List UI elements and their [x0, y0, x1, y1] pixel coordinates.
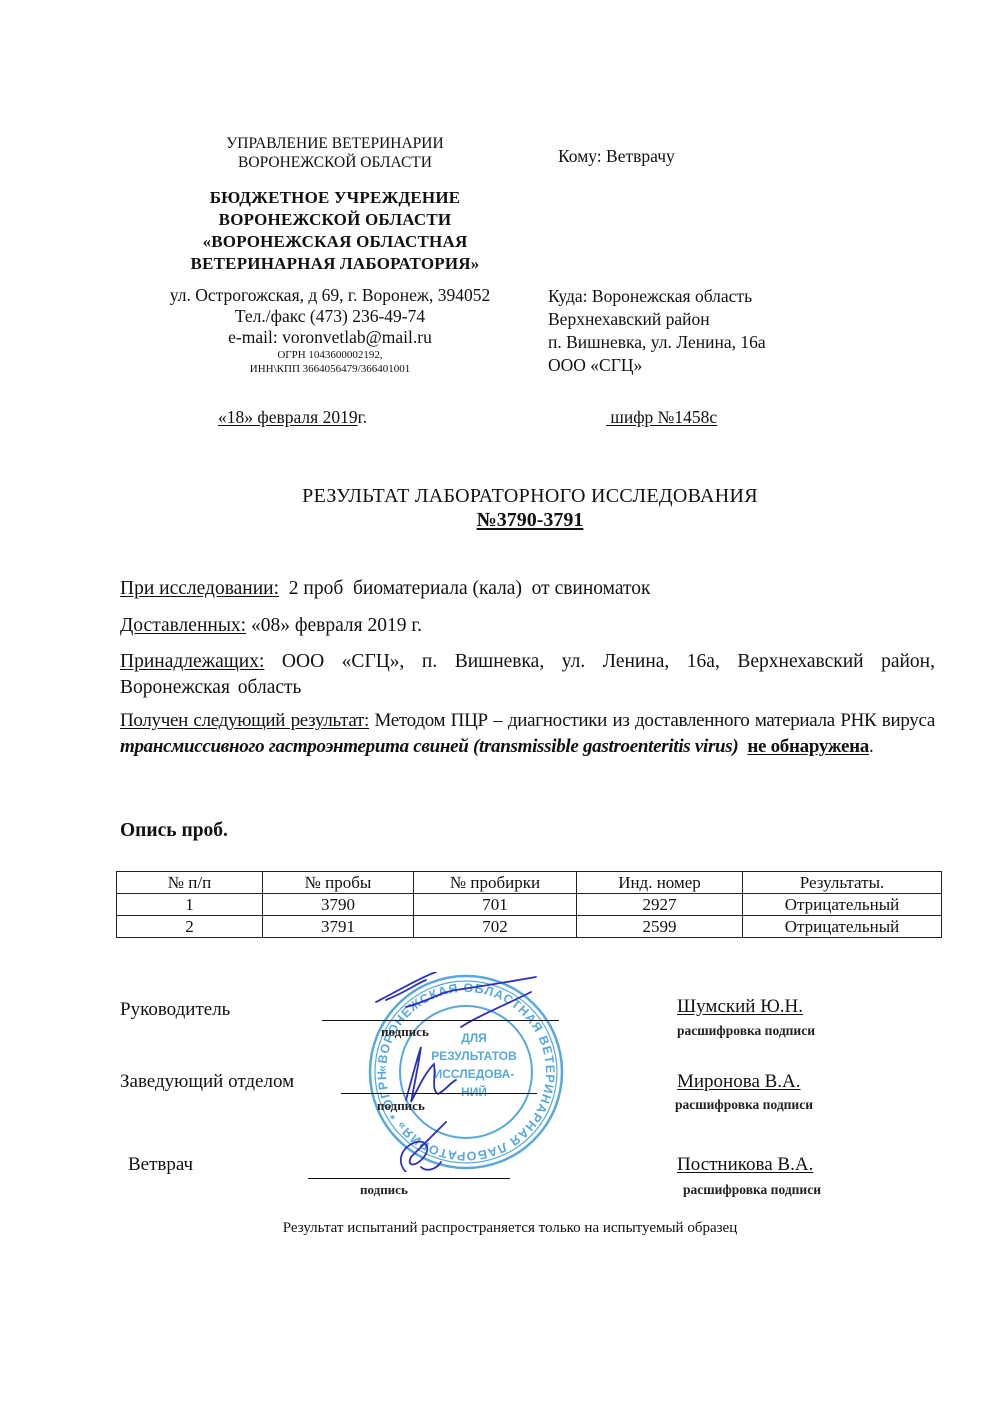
virus-name-ru: трансмиссивного гастроэнтерита свиней — [120, 736, 468, 757]
table-cell: Отрицательный — [743, 916, 942, 938]
footer-note: Результат испытаний распространяется тол… — [200, 1220, 820, 1237]
organization-contacts: ул. Острогожская, д 69, г. Воронеж, 3940… — [125, 285, 535, 376]
signatory-role: Ветврач — [128, 1154, 193, 1176]
owner-label: Принадлежащих: — [120, 651, 264, 672]
address-line: ООО «СГЦ» — [548, 354, 766, 377]
delivered-label: Доставленных: — [120, 615, 246, 636]
virus-name-en: (transmissible gastroenteritis virus) — [473, 736, 739, 757]
samples-table: № п/п № пробы № пробирки Инд. номер Резу… — [116, 871, 942, 938]
org-email: e-mail: voronvetlab@mail.ru — [125, 327, 535, 348]
recipient-address: Куда: Воронежская область Верхнехавский … — [548, 285, 766, 377]
org-line: ВЕТЕРИНАРНАЯ ЛАБОРАТОРИЯ» — [140, 253, 530, 275]
signature-caption: подпись — [381, 1024, 429, 1040]
organization-name: БЮДЖЕТНОЕ УЧРЕЖДЕНИЕ ВОРОНЕЖСКОЙ ОБЛАСТИ… — [140, 187, 530, 275]
org-phone: Тел./факс (473) 236-49-74 — [125, 306, 535, 327]
signature-caption: подпись — [377, 1098, 425, 1114]
official-stamp: «ВОРОНЕЖСКАЯ ОБЛАСТНАЯ ВЕТЕРИНАРНАЯ ЛАБО… — [366, 972, 566, 1172]
stamp-ring-text: «ВОРОНЕЖСКАЯ ОБЛАСТНАЯ ВЕТЕРИНАРНАЯ ЛАБО… — [366, 972, 557, 1163]
issue-date: «18» февраля 2019г. — [218, 407, 367, 428]
table-cell: 701 — [414, 894, 577, 916]
table-row: 1 3790 701 2927 Отрицательный — [117, 894, 942, 916]
signature-line — [341, 1093, 537, 1094]
title-number: №3790-3791 — [477, 509, 584, 531]
table-cell: 1 — [117, 894, 263, 916]
table-cell: 702 — [414, 916, 577, 938]
study-value: 2 проб биоматериала (кала) от свиноматок — [279, 578, 651, 599]
org-line: «ВОРОНЕЖСКАЯ ОБЛАСТНАЯ — [140, 231, 530, 253]
signatory-role: Заведующий отделом — [120, 1071, 294, 1093]
name-caption: расшифровка подписи — [683, 1182, 821, 1198]
column-header: № пробирки — [414, 872, 577, 894]
table-header-row: № п/п № пробы № пробирки Инд. номер Резу… — [117, 872, 942, 894]
department-line: ВОРОНЕЖСКОЙ ОБЛАСТИ — [150, 153, 520, 172]
stamp-center-line: ИССЛЕДОВА- — [434, 1067, 515, 1081]
address-line: Верхнехавский район — [548, 308, 766, 331]
department-line: УПРАВЛЕНИЕ ВЕТЕРИНАРИИ — [150, 134, 520, 153]
table-cell: 2927 — [577, 894, 743, 916]
signature-line — [322, 1020, 559, 1021]
issue-date-value: «18» февраля 2019 — [218, 407, 358, 427]
signatory-name: Миронова В.А. — [677, 1071, 801, 1093]
result-paragraph: Получен следующий результат: Методом ПЦР… — [120, 708, 935, 760]
column-header: № п/п — [117, 872, 263, 894]
result-end: . — [869, 736, 873, 757]
inventory-heading: Опись проб. — [120, 818, 228, 844]
signature-line — [308, 1178, 510, 1179]
title-main: РЕЗУЛЬТАТ ЛАБОРАТОРНОГО ИССЛЕДОВАНИЯ — [200, 484, 860, 508]
department-name: УПРАВЛЕНИЕ ВЕТЕРИНАРИИ ВОРОНЕЖСКОЙ ОБЛАС… — [150, 134, 520, 172]
stamp-center-line: РЕЗУЛЬТАТОВ — [431, 1049, 517, 1063]
name-caption: расшифровка подписи — [677, 1023, 815, 1039]
signature-caption: подпись — [360, 1182, 408, 1198]
org-ogrn: ОГРН 1043600002192, — [125, 348, 535, 362]
study-line: При исследовании: 2 проб биоматериала (к… — [120, 576, 935, 602]
signatory-name: Постникова В.А. — [677, 1154, 813, 1176]
stamp-center-line: ДЛЯ — [461, 1031, 487, 1045]
recipient: Кому: Ветврачу — [558, 145, 675, 168]
signatory-name: Шумский Ю.Н. — [677, 996, 803, 1018]
table-cell: 2599 — [577, 916, 743, 938]
org-address: ул. Острогожская, д 69, г. Воронеж, 3940… — [125, 285, 535, 306]
org-line: БЮДЖЕТНОЕ УЧРЕЖДЕНИЕ — [140, 187, 530, 209]
owner-line: Принадлежащих: ООО «СГЦ», п. Вишневка, у… — [120, 649, 935, 701]
cipher-code: шифр №1458с — [606, 407, 717, 428]
column-header: Инд. номер — [577, 872, 743, 894]
address-line: п. Вишневка, ул. Ленина, 16а — [548, 331, 766, 354]
table-cell: 2 — [117, 916, 263, 938]
name-caption: расшифровка подписи — [675, 1097, 813, 1113]
issue-date-suffix: г. — [358, 407, 368, 427]
table-row: 2 3791 702 2599 Отрицательный — [117, 916, 942, 938]
result-text: Методом ПЦР – диагностики из доставленно… — [369, 710, 935, 731]
table-cell: Отрицательный — [743, 894, 942, 916]
column-header: № пробы — [263, 872, 414, 894]
delivered-value: «08» февраля 2019 г. — [246, 615, 422, 636]
table-cell: 3790 — [263, 894, 414, 916]
document-title: РЕЗУЛЬТАТ ЛАБОРАТОРНОГО ИССЛЕДОВАНИЯ №37… — [200, 484, 860, 532]
table-cell: 3791 — [263, 916, 414, 938]
org-inn-kpp: ИНН\КПП 3664056479/366401001 — [125, 362, 535, 376]
address-line: Куда: Воронежская область — [548, 285, 766, 308]
column-header: Результаты. — [743, 872, 942, 894]
org-line: ВОРОНЕЖСКОЙ ОБЛАСТИ — [140, 209, 530, 231]
handwritten-signatures — [376, 972, 536, 1172]
stamp-center-line: НИЙ — [461, 1084, 487, 1099]
signatory-role: Руководитель — [120, 999, 230, 1021]
result-outcome: не обнаружена — [747, 736, 869, 757]
result-label: Получен следующий результат: — [120, 710, 369, 731]
svg-text:«ВОРОНЕЖСКАЯ ОБЛАСТНАЯ ВЕТЕРИН: «ВОРОНЕЖСКАЯ ОБЛАСТНАЯ ВЕТЕРИНАРНАЯ ЛАБО… — [366, 972, 557, 1163]
delivered-line: Доставленных: «08» февраля 2019 г. — [120, 613, 935, 639]
study-label: При исследовании: — [120, 578, 279, 599]
